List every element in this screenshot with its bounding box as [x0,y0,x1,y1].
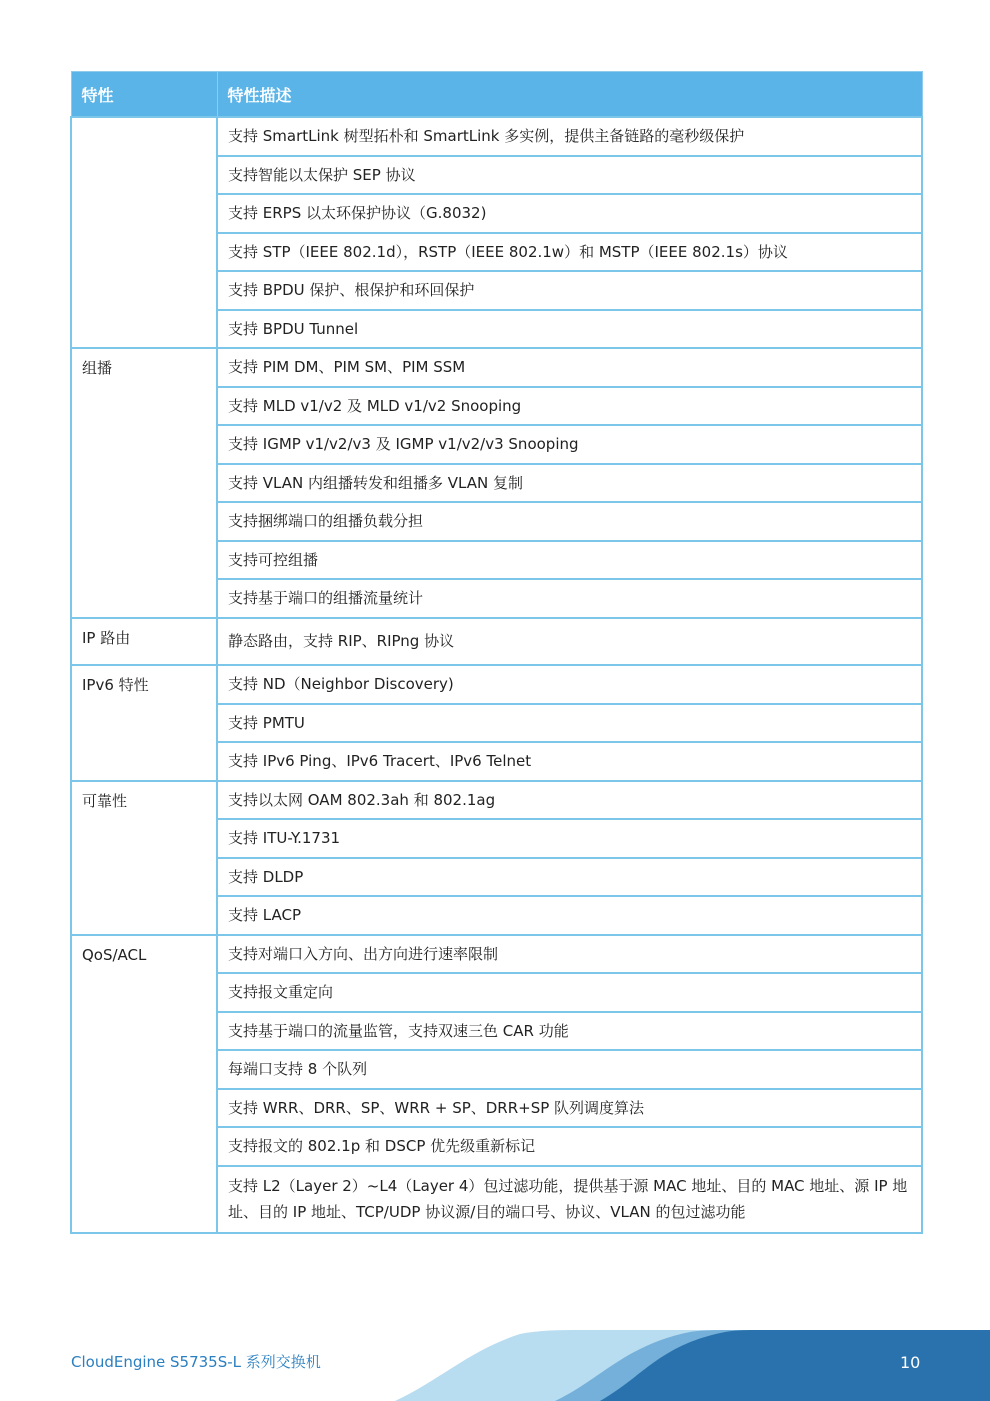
feature-cell: QoS/ACL [71,935,217,1233]
description-cell: 支持 IGMP v1/v2/v3 及 IGMP v1/v2/v3 Snoopin… [217,425,922,464]
feature-cell: IPv6 特性 [71,665,217,781]
feature-table: 特性 特性描述 支持 SmartLink 树型拓朴和 SmartLink 多实例… [70,71,923,1234]
header-description: 特性描述 [217,72,922,118]
description-cell: 支持 MLD v1/v2 及 MLD v1/v2 Snooping [217,387,922,426]
description-cell: 支持 LACP [217,896,922,935]
description-cell: 支持对端口入方向、出方向进行速率限制 [217,935,922,974]
description-cell: 支持 BPDU 保护、根保护和环回保护 [217,271,922,310]
description-cell: 支持报文重定向 [217,973,922,1012]
description-cell: 支持报文的 802.1p 和 DSCP 优先级重新标记 [217,1127,922,1166]
document-page: 特性 特性描述 支持 SmartLink 树型拓朴和 SmartLink 多实例… [0,0,990,1401]
feature-cell: 可靠性 [71,781,217,935]
footer-product-title: CloudEngine S5735S-L 系列交换机 [71,1351,321,1372]
description-cell: 支持捆绑端口的组播负载分担 [217,502,922,541]
feature-cell [71,117,217,348]
description-cell: 支持基于端口的组播流量统计 [217,579,922,618]
feature-cell: IP 路由 [71,618,217,666]
description-cell: 支持 PIM DM、PIM SM、PIM SSM [217,348,922,387]
table-header-row: 特性 特性描述 [71,72,922,118]
description-cell: 支持 STP（IEEE 802.1d），RSTP（IEEE 802.1w）和 M… [217,233,922,272]
table-row: IP 路由 静态路由，支持 RIP、RIPng 协议 [71,618,922,666]
header-feature: 特性 [71,72,217,118]
description-cell: 支持 ITU-Y.1731 [217,819,922,858]
description-cell: 支持以太网 OAM 802.3ah 和 802.1ag [217,781,922,820]
description-cell: 支持 BPDU Tunnel [217,310,922,349]
description-cell: 支持基于端口的流量监管，支持双速三色 CAR 功能 [217,1012,922,1051]
description-cell: 支持 DLDP [217,858,922,897]
description-cell: 每端口支持 8 个队列 [217,1050,922,1089]
page-number: 10 [900,1353,920,1372]
table-row: IPv6 特性 支持 ND（Neighbor Discovery) [71,665,922,704]
table-row: 可靠性 支持以太网 OAM 802.3ah 和 802.1ag [71,781,922,820]
description-cell: 支持 ND（Neighbor Discovery) [217,665,922,704]
description-cell: 支持 VLAN 内组播转发和组播多 VLAN 复制 [217,464,922,503]
feature-cell: 组播 [71,348,217,618]
table-row: 组播 支持 PIM DM、PIM SM、PIM SSM [71,348,922,387]
description-cell: 支持可控组播 [217,541,922,580]
description-cell: 支持智能以太保护 SEP 协议 [217,156,922,195]
description-cell: 支持 L2（Layer 2）~L4（Layer 4）包过滤功能，提供基于源 MA… [217,1166,922,1233]
description-cell: 静态路由，支持 RIP、RIPng 协议 [217,618,922,666]
description-cell: 支持 PMTU [217,704,922,743]
table-row: QoS/ACL 支持对端口入方向、出方向进行速率限制 [71,935,922,974]
description-cell: 支持 SmartLink 树型拓朴和 SmartLink 多实例，提供主备链路的… [217,117,922,156]
description-cell: 支持 IPv6 Ping、IPv6 Tracert、IPv6 Telnet [217,742,922,781]
description-cell: 支持 ERPS 以太环保护协议（G.8032) [217,194,922,233]
description-cell: 支持 WRR、DRR、SP、WRR + SP、DRR+SP 队列调度算法 [217,1089,922,1128]
table-row: 支持 SmartLink 树型拓朴和 SmartLink 多实例，提供主备链路的… [71,117,922,156]
